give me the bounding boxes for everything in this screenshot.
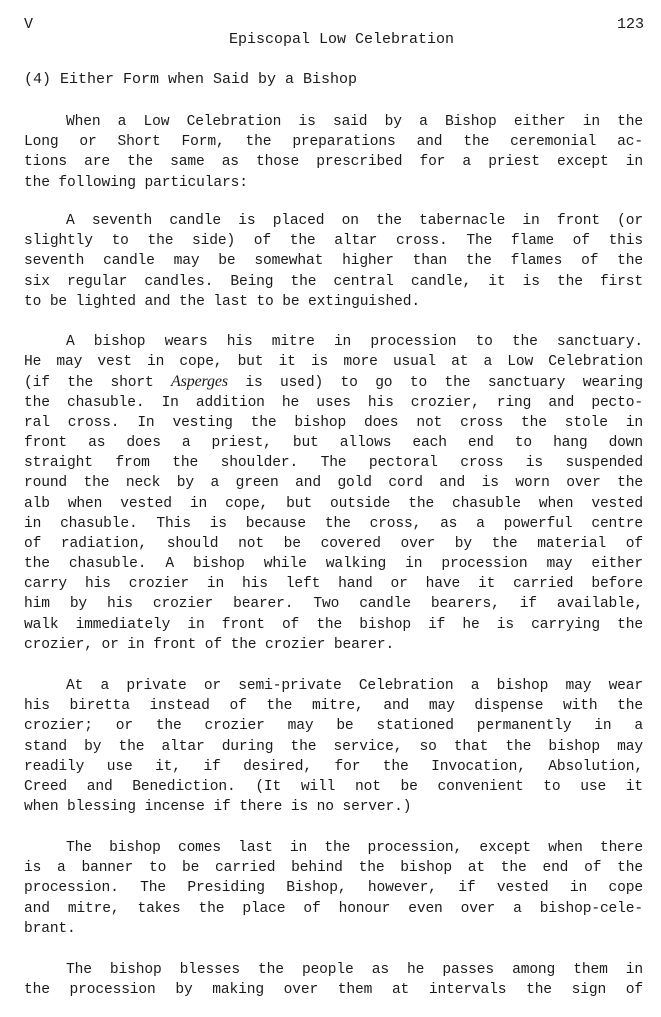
text-line: The bishop blesses the people as he pass… [24, 960, 643, 980]
text-line: A bishop wears his mitre in procession t… [24, 332, 643, 352]
text-line: crozier; or the crozier may be stationed… [24, 716, 643, 736]
text-line: carry his crozier in his left hand or ha… [24, 574, 643, 594]
text-line: readily use it, if desired, for the Invo… [24, 757, 643, 777]
paragraph-mitre-and-vesting: A bishop wears his mitre in procession t… [24, 332, 643, 655]
text-line: procession. The Presiding Bishop, howeve… [24, 878, 643, 898]
text-line: is a banner to be carried behind the bis… [24, 858, 643, 878]
text-line: A seventh candle is placed on the tabern… [24, 211, 643, 231]
text-line: brant. [24, 919, 643, 939]
text-line: When a Low Celebration is said by a Bish… [24, 112, 643, 132]
text-line: round the neck by a green and gold cord … [24, 473, 643, 493]
paragraph-blessing-people: The bishop blesses the people as he pass… [24, 960, 643, 1000]
text-line: tions are the same as those prescribed f… [24, 152, 643, 172]
text-line: Creed and Benediction. (It will not be c… [24, 777, 643, 797]
text-line: when blessing incense if there is no ser… [24, 797, 643, 817]
text-line: and mitre, takes the place of honour eve… [24, 899, 643, 919]
paragraph-preparations: When a Low Celebration is said by a Bish… [24, 112, 643, 193]
section-heading: (4) Either Form when Said by a Bishop [24, 70, 357, 90]
text-line: ral cross. In vesting the bishop does no… [24, 413, 643, 433]
text-line: the chasuble. In addition he uses his cr… [24, 393, 643, 413]
text-line: to be lighted and the last to be extingu… [24, 292, 643, 312]
text-line: his biretta instead of the mitre, and ma… [24, 696, 643, 716]
text-line: Long or Short Form, the preparations and… [24, 132, 643, 152]
italic-term: Asperges [171, 373, 228, 390]
text-line: the following particulars: [24, 173, 643, 193]
text-line: in chasuble. This is because the cross, … [24, 514, 643, 534]
document-page: V 123 Episcopal Low Celebration (4) Eith… [0, 0, 661, 1017]
text-line: the procession by making over them at in… [24, 980, 643, 1000]
text-line: seventh candle may be somewhat higher th… [24, 251, 643, 271]
text-line: crozier, or in front of the crozier bear… [24, 635, 643, 655]
text-line: straight from the shoulder. The pectoral… [24, 453, 643, 473]
text-line: He may vest in cope, but it is more usua… [24, 352, 643, 372]
text-line: (if the short Asperges is used) to go to… [24, 372, 643, 392]
text-line: The bishop comes last in the procession,… [24, 838, 643, 858]
text-line: walk immediately in front of the bishop … [24, 615, 643, 635]
text-line: At a private or semi-private Celebration… [24, 676, 643, 696]
text-line: the chasuble. A bishop while walking in … [24, 554, 643, 574]
paragraph-private-celebration: At a private or semi-private Celebration… [24, 676, 643, 817]
text-line: stand by the altar during the service, s… [24, 737, 643, 757]
text-line: him by his crozier bearer. Two candle be… [24, 594, 643, 614]
text-line: six regular candles. Being the central c… [24, 272, 643, 292]
paragraph-procession-order: The bishop comes last in the procession,… [24, 838, 643, 939]
text-line: slightly to the side) of the altar cross… [24, 231, 643, 251]
paragraph-seventh-candle: A seventh candle is placed on the tabern… [24, 211, 643, 312]
running-title: Episcopal Low Celebration [0, 30, 661, 50]
text-line: front as does a priest, but allows each … [24, 433, 643, 453]
text-line: alb when vested in cope, but outside the… [24, 494, 643, 514]
text-line: of radiation, should not be covered over… [24, 534, 643, 554]
